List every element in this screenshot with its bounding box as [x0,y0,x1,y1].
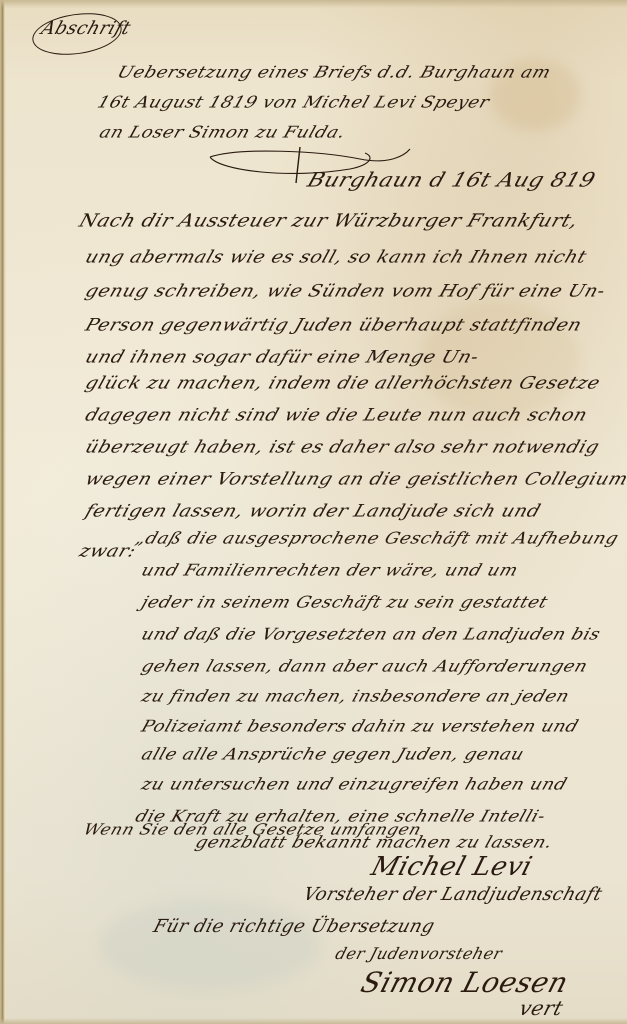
quoted-line: und daß die Vorgesetzten an den Landjude… [139,625,603,644]
body-line: fertigen lassen, worin der Landjude sich… [83,501,544,521]
quoted-line: zu finden zu machen, insbesondere an jed… [139,687,572,706]
body-line: zwar: [77,541,139,561]
quoted-line: und Familienrechten der wäre, und um [139,561,521,580]
signature-michel-levi: Michel Levi [368,852,536,882]
signature-simon-loesen: Simon Loesen [357,966,572,999]
body-line: überzeugt haben, ist es daher also sehr … [83,437,602,457]
quoted-line: „daß die ausgesprochene Geschäft mit Auf… [133,529,621,548]
quoted-line: Polizeiamt besonders dahin zu verstehen … [139,717,581,736]
title-line: Uebersetzung eines Briefs d.d. Burghaun … [115,63,553,82]
quoted-line: alle alle Ansprüche gegen Juden, genau [139,745,527,764]
attestation-line: Für die richtige Übersetzung [151,916,437,937]
title-line: an Loser Simon zu Fulda. [97,123,348,142]
body-line: Person gegenwärtig Juden überhaupt statt… [83,315,585,335]
body-line: ung abermals wie es soll, so kann ich Ih… [83,247,590,267]
body-line: Nach dir Aussteuer zur Würzburger Frankf… [76,209,581,231]
quoted-line: jeder in seinem Geschäft zu sein gestatt… [139,593,550,612]
page-left-edge [0,0,6,1024]
body-line: glück zu machen, indem die allerhöchsten… [83,373,603,393]
closing-line: Wenn Sie den alle Gesetze umfangen [81,821,424,839]
body-line: wegen einer Vorstellung an die geistlich… [83,469,627,489]
title-line: 16t August 1819 von Michel Levi Speyer [95,93,492,112]
attestation-line: der Judenvorsteher [333,944,504,963]
signature-title: Vorsteher der Landjudenschaft [301,884,605,905]
header-label: Abschrift [39,18,134,39]
quoted-line: gehen lassen, dann aber auch Aufforderun… [139,657,590,676]
quoted-line: zu untersuchen und einzugreifen haben un… [139,775,570,794]
paper-stain [100,900,320,990]
body-line: genug schreiben, wie Sünden vom Hof für … [83,281,608,301]
page-turn-note: vert [517,996,567,1020]
body-line: und ihnen sogar dafür eine Menge Un- [83,347,482,367]
manuscript-page: Abschrift Uebersetzung eines Briefs d.d.… [0,0,627,1024]
body-line: dagegen nicht sind wie die Leute nun auc… [83,405,590,425]
place-date: Burghaun d 16t Aug 819 [304,169,598,192]
page-top-edge [0,0,627,8]
